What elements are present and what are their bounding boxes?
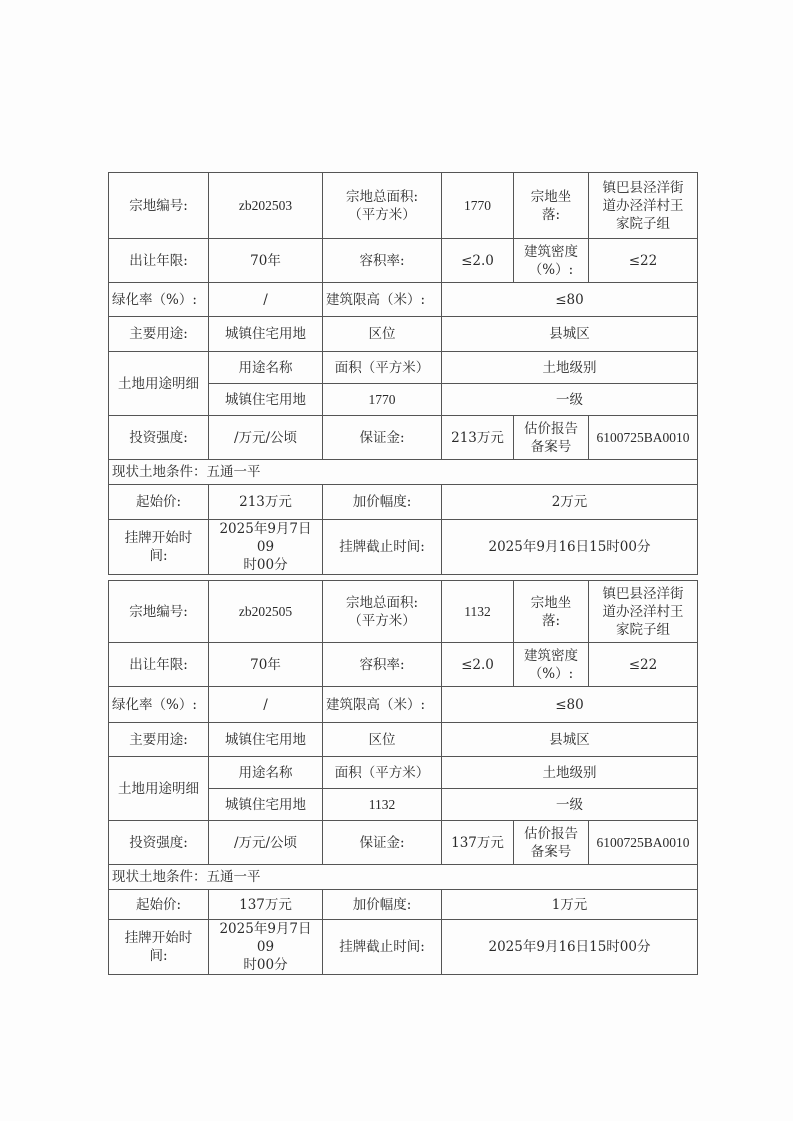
table-row: 现状土地条件：五通一平 bbox=[109, 865, 698, 890]
end-time: 2025年9月16日15时00分 bbox=[442, 920, 698, 975]
detail-name: 城镇住宅用地 bbox=[209, 789, 323, 821]
table-row: 主要用途: 城镇住宅用地 区位 县城区 bbox=[109, 317, 698, 352]
total-area: 1132 bbox=[442, 581, 514, 643]
zone: 县城区 bbox=[442, 317, 698, 352]
start-price-label: 起始价: bbox=[109, 485, 209, 520]
invest: /万元/公顷 bbox=[209, 821, 323, 865]
density: ≤22 bbox=[589, 643, 698, 687]
detail-label: 土地用途明细 bbox=[109, 757, 209, 821]
term-label: 出让年限: bbox=[109, 239, 209, 283]
density-label: 建筑密度（%）: bbox=[514, 643, 589, 687]
total-area-label: 宗地总面积:（平方米） bbox=[323, 581, 442, 643]
detail-head-name: 用途名称 bbox=[209, 352, 323, 384]
table-row: 起始价: 213万元 加价幅度: 2万元 bbox=[109, 485, 698, 520]
table-row: 投资强度: /万元/公顷 保证金: 213万元 估价报告备案号 6100725B… bbox=[109, 416, 698, 460]
report-no: 6100725BA0010 bbox=[589, 821, 698, 865]
start-price-label: 起始价: bbox=[109, 890, 209, 920]
end-time: 2025年9月16日15时00分 bbox=[442, 520, 698, 575]
parcel-no-label: 宗地编号: bbox=[109, 581, 209, 643]
parcel-table-2: 宗地编号: zb202505 宗地总面积:（平方米） 1132 宗地坐落: 镇巴… bbox=[108, 580, 698, 975]
far: ≤2.0 bbox=[442, 239, 514, 283]
height: ≤80 bbox=[442, 283, 698, 317]
table-row: 起始价: 137万元 加价幅度: 1万元 bbox=[109, 890, 698, 920]
increment: 2万元 bbox=[442, 485, 698, 520]
invest: /万元/公顷 bbox=[209, 416, 323, 460]
detail-grade: 一级 bbox=[442, 789, 698, 821]
land-condition: 现状土地条件：五通一平 bbox=[109, 460, 698, 485]
start-time-label: 挂牌开始时间: bbox=[109, 520, 209, 575]
green: / bbox=[209, 687, 323, 723]
deposit: 213万元 bbox=[442, 416, 514, 460]
table-row: 绿化率（%）: / 建筑限高（米）: ≤80 bbox=[109, 283, 698, 317]
height-label: 建筑限高（米）: bbox=[323, 687, 442, 723]
invest-label: 投资强度: bbox=[109, 821, 209, 865]
deposit-label: 保证金: bbox=[323, 821, 442, 865]
term-label: 出让年限: bbox=[109, 643, 209, 687]
table-row: 投资强度: /万元/公顷 保证金: 137万元 估价报告备案号 6100725B… bbox=[109, 821, 698, 865]
detail-head-area: 面积（平方米） bbox=[323, 352, 442, 384]
density: ≤22 bbox=[589, 239, 698, 283]
deposit-label: 保证金: bbox=[323, 416, 442, 460]
use: 城镇住宅用地 bbox=[209, 317, 323, 352]
location-label: 宗地坐落: bbox=[514, 173, 589, 239]
height-label: 建筑限高（米）: bbox=[323, 283, 442, 317]
report-no: 6100725BA0010 bbox=[589, 416, 698, 460]
use-label: 主要用途: bbox=[109, 317, 209, 352]
parcel-no-label: 宗地编号: bbox=[109, 173, 209, 239]
parcel-no: zb202505 bbox=[209, 581, 323, 643]
use-label: 主要用途: bbox=[109, 723, 209, 757]
table-row: 挂牌开始时间: 2025年9月7日09时00分 挂牌截止时间: 2025年9月1… bbox=[109, 520, 698, 575]
table-row: 出让年限: 70年 容积率: ≤2.0 建筑密度（%）: ≤22 bbox=[109, 239, 698, 283]
density-label: 建筑密度（%）: bbox=[514, 239, 589, 283]
parcel-no: zb202503 bbox=[209, 173, 323, 239]
term: 70年 bbox=[209, 643, 323, 687]
start-price: 213万元 bbox=[209, 485, 323, 520]
table-row: 绿化率（%）: / 建筑限高（米）: ≤80 bbox=[109, 687, 698, 723]
detail-head-grade: 土地级别 bbox=[442, 757, 698, 789]
table-row: 挂牌开始时间: 2025年9月7日09时00分 挂牌截止时间: 2025年9月1… bbox=[109, 920, 698, 975]
zone: 县城区 bbox=[442, 723, 698, 757]
end-time-label: 挂牌截止时间: bbox=[323, 920, 442, 975]
location: 镇巴县泾洋街道办泾洋村王家院子组 bbox=[589, 581, 698, 643]
zone-label: 区位 bbox=[323, 317, 442, 352]
table-row: 主要用途: 城镇住宅用地 区位 县城区 bbox=[109, 723, 698, 757]
detail-name: 城镇住宅用地 bbox=[209, 384, 323, 416]
green: / bbox=[209, 283, 323, 317]
total-area-label: 宗地总面积:（平方米） bbox=[323, 173, 442, 239]
report-label: 估价报告备案号 bbox=[514, 416, 589, 460]
start-price: 137万元 bbox=[209, 890, 323, 920]
term: 70年 bbox=[209, 239, 323, 283]
location: 镇巴县泾洋街道办泾洋村王家院子组 bbox=[589, 173, 698, 239]
detail-area: 1770 bbox=[323, 384, 442, 416]
table-row: 现状土地条件：五通一平 bbox=[109, 460, 698, 485]
table-row: 土地用途明细 用途名称 面积（平方米） 土地级别 bbox=[109, 352, 698, 384]
total-area: 1770 bbox=[442, 173, 514, 239]
location-label: 宗地坐落: bbox=[514, 581, 589, 643]
green-label: 绿化率（%）: bbox=[109, 283, 209, 317]
detail-head-area: 面积（平方米） bbox=[323, 757, 442, 789]
document-page: 宗地编号: zb202503 宗地总面积:（平方米） 1770 宗地坐落: 镇巴… bbox=[0, 0, 793, 1121]
start-time: 2025年9月7日09时00分 bbox=[209, 920, 323, 975]
table-row: 土地用途明细 用途名称 面积（平方米） 土地级别 bbox=[109, 757, 698, 789]
table-row: 出让年限: 70年 容积率: ≤2.0 建筑密度（%）: ≤22 bbox=[109, 643, 698, 687]
detail-head-grade: 土地级别 bbox=[442, 352, 698, 384]
increment-label: 加价幅度: bbox=[323, 890, 442, 920]
increment-label: 加价幅度: bbox=[323, 485, 442, 520]
land-condition: 现状土地条件：五通一平 bbox=[109, 865, 698, 890]
end-time-label: 挂牌截止时间: bbox=[323, 520, 442, 575]
invest-label: 投资强度: bbox=[109, 416, 209, 460]
far: ≤2.0 bbox=[442, 643, 514, 687]
table-row: 宗地编号: zb202505 宗地总面积:（平方米） 1132 宗地坐落: 镇巴… bbox=[109, 581, 698, 643]
far-label: 容积率: bbox=[323, 239, 442, 283]
detail-head-name: 用途名称 bbox=[209, 757, 323, 789]
far-label: 容积率: bbox=[323, 643, 442, 687]
detail-grade: 一级 bbox=[442, 384, 698, 416]
start-time-label: 挂牌开始时间: bbox=[109, 920, 209, 975]
increment: 1万元 bbox=[442, 890, 698, 920]
zone-label: 区位 bbox=[323, 723, 442, 757]
table-row: 宗地编号: zb202503 宗地总面积:（平方米） 1770 宗地坐落: 镇巴… bbox=[109, 173, 698, 239]
parcel-table-1: 宗地编号: zb202503 宗地总面积:（平方米） 1770 宗地坐落: 镇巴… bbox=[108, 172, 698, 575]
report-label: 估价报告备案号 bbox=[514, 821, 589, 865]
use: 城镇住宅用地 bbox=[209, 723, 323, 757]
detail-area: 1132 bbox=[323, 789, 442, 821]
deposit: 137万元 bbox=[442, 821, 514, 865]
start-time: 2025年9月7日09时00分 bbox=[209, 520, 323, 575]
detail-label: 土地用途明细 bbox=[109, 352, 209, 416]
height: ≤80 bbox=[442, 687, 698, 723]
green-label: 绿化率（%）: bbox=[109, 687, 209, 723]
